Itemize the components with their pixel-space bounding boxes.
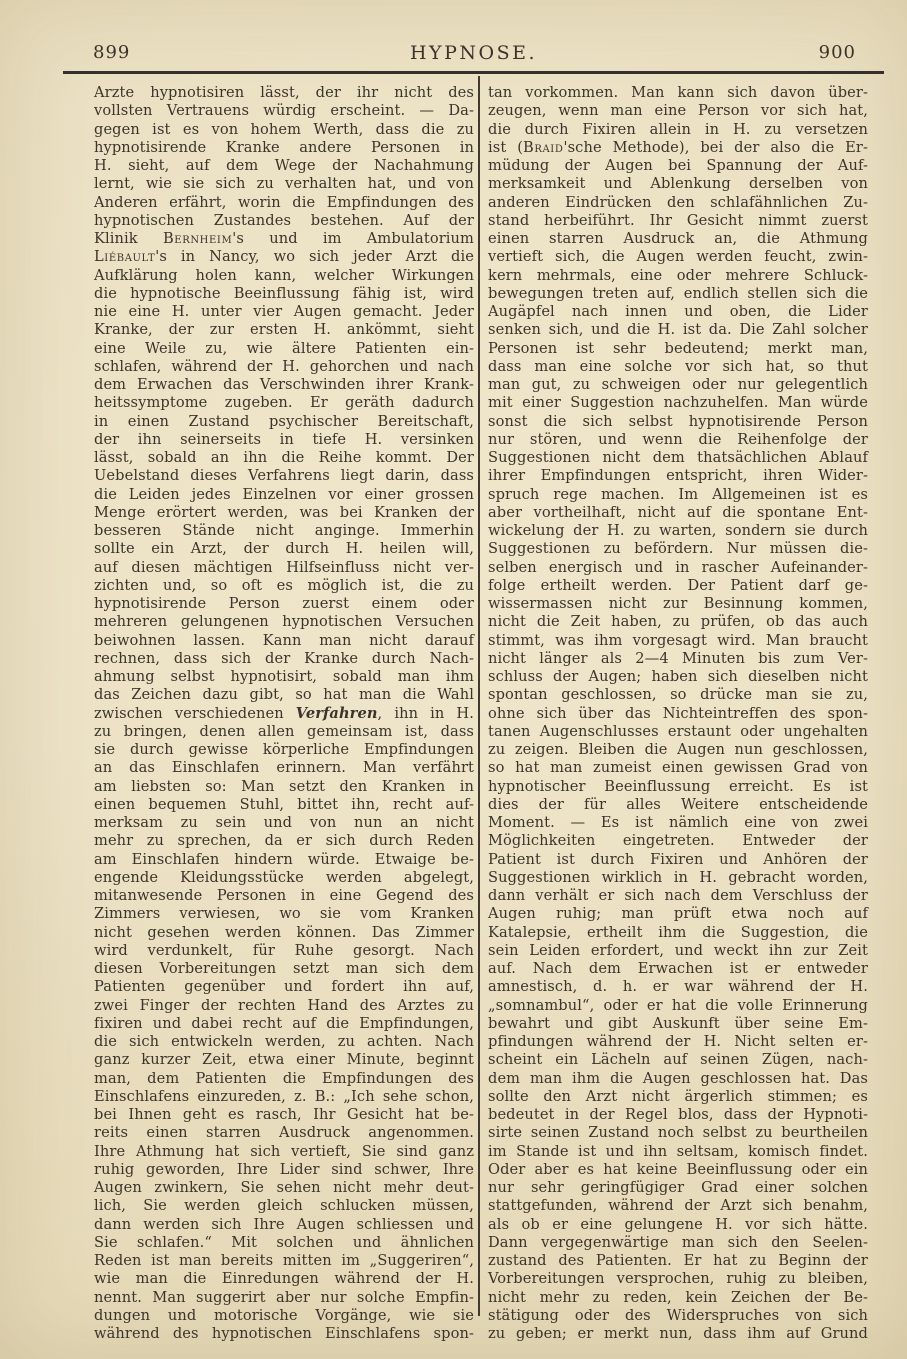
text-line: nicht länger als 2—4 Minuten bis zum Ver… bbox=[488, 650, 868, 668]
page-number-right: 900 bbox=[819, 42, 856, 63]
text-line: vertieft sich, die Augen werden feucht, … bbox=[488, 248, 868, 266]
text-line: am liebsten so: Man setzt den Kranken in bbox=[94, 778, 474, 796]
text-line: aber vortheilhaft, nicht auf die spontan… bbox=[488, 504, 868, 522]
text-line: amnestisch, d. h. er war während der H. bbox=[488, 978, 868, 996]
column-divider bbox=[478, 76, 480, 1316]
text-line: ist (Braid'sche Methode), bei der also d… bbox=[488, 139, 868, 157]
text-line: reits einen starren Ausdruck angenommen. bbox=[94, 1124, 474, 1142]
text-line: sollte den Arzt nicht ärgerlich stimmen;… bbox=[488, 1088, 868, 1106]
text-line: hypnotisirende Person zuerst einem oder bbox=[94, 595, 474, 613]
text-line: anderen Eindrücken den schlafähnlichen Z… bbox=[488, 194, 868, 212]
page-header: 899 HYPNOSE. 900 bbox=[63, 42, 884, 66]
text-line: sonst die sich selbst hypnotisirende Per… bbox=[488, 413, 868, 431]
text-line: ohne sich über das Nichteintreffen des s… bbox=[488, 705, 868, 723]
text-line: an das Einschlafen erinnern. Man verfähr… bbox=[94, 759, 474, 777]
text-line: nennt. Man suggerirt aber nur solche Emp… bbox=[94, 1289, 474, 1307]
text-line: sie durch gewisse körperliche Empfindung… bbox=[94, 741, 474, 759]
text-line: lich, Sie werden gleich schlucken müssen… bbox=[94, 1197, 474, 1215]
text-line: ruhig geworden, Ihre Lider sind schwer, … bbox=[94, 1161, 474, 1179]
text-line: zu zeigen. Bleiben die Augen nun geschlo… bbox=[488, 741, 868, 759]
text-line: engende Kleidungsstücke werden abgelegt, bbox=[94, 869, 474, 887]
text-line: lässt, sobald an ihn die Reihe kommt. De… bbox=[94, 449, 474, 467]
text-line: spruch rege machen. Im Allgemeinen ist e… bbox=[488, 486, 868, 504]
text-line: Vorbereitungen versprochen, ruhig zu ble… bbox=[488, 1270, 868, 1288]
text-line: der ihn seinerseits in tiefe H. versinke… bbox=[94, 431, 474, 449]
text-line: stand herbeiführt. Ihr Gesicht nimmt zue… bbox=[488, 212, 868, 230]
text-line: nicht gesehen werden können. Das Zimmer bbox=[94, 924, 474, 942]
text-line: dem Erwachen das Verschwinden ihrer Kran… bbox=[94, 376, 474, 394]
text-line: die Leiden jedes Einzelnen vor einer gro… bbox=[94, 486, 474, 504]
text-line: nur stören, und wenn die Reihenfolge der bbox=[488, 431, 868, 449]
text-line: dem man ihm die Augen geschlossen hat. D… bbox=[488, 1070, 868, 1088]
text-line: merksamkeit und Ablenkung derselben von bbox=[488, 175, 868, 193]
text-line: die hypnotische Beeinflussung fähig ist,… bbox=[94, 285, 474, 303]
text-line: man gut, zu schweigen oder nur gelegentl… bbox=[488, 376, 868, 394]
text-line: sirte seinen Zustand noch selbst zu beur… bbox=[488, 1124, 868, 1142]
text-line: dann verhält er sich nach dem Verschluss… bbox=[488, 887, 868, 905]
text-line: eine Weile zu, wie ältere Patienten ein- bbox=[94, 340, 474, 358]
text-line: mitanwesende Personen in eine Gegend des bbox=[94, 887, 474, 905]
text-line: das Zeichen dazu gibt, so hat man die Wa… bbox=[94, 686, 474, 704]
text-line: zeugen, wenn man eine Person vor sich ha… bbox=[488, 102, 868, 120]
text-line: lernt, wie sie sich zu verhalten hat, un… bbox=[94, 175, 474, 193]
text-line: Ihre Athmung hat sich vertieft, Sie sind… bbox=[94, 1143, 474, 1161]
text-line: als ob er eine gelungene H. vor sich hät… bbox=[488, 1216, 868, 1234]
text-line: tanen Augenschlusses erstaunt oder ungeh… bbox=[488, 723, 868, 741]
text-line: die sich entwickeln werden, zu achten. N… bbox=[94, 1033, 474, 1051]
text-line: auf diesen mächtigen Hilfseinfluss nicht… bbox=[94, 559, 474, 577]
text-line: fixiren und dabei recht auf die Empfindu… bbox=[94, 1015, 474, 1033]
text-column-right: tan vorkommen. Man kann sich davon über-… bbox=[488, 84, 868, 1343]
text-line: Patienten gegenüber und fordert ihn auf, bbox=[94, 978, 474, 996]
text-line: „somnambul“, oder er hat die volle Erinn… bbox=[488, 997, 868, 1015]
text-line: ihrer Empfindungen entspricht, ihren Wid… bbox=[488, 467, 868, 485]
text-line: Anderen erfährt, worin die Empfindungen … bbox=[94, 194, 474, 212]
text-line: Dann vergegenwärtige man sich den Seelen… bbox=[488, 1234, 868, 1252]
text-line: selben energisch und in rascher Aufeinan… bbox=[488, 559, 868, 577]
text-line: bedeutet in der Regel blos, dass der Hyp… bbox=[488, 1106, 868, 1124]
text-line: sein Leiden erfordert, und weckt ihn zur… bbox=[488, 942, 868, 960]
text-line: pfindungen während der H. Nicht selten e… bbox=[488, 1033, 868, 1051]
text-line: auf. Nach dem Erwachen ist er entweder bbox=[488, 960, 868, 978]
text-line: müdung der Augen bei Spannung der Auf- bbox=[488, 157, 868, 175]
text-line: bewegungen treten auf, endlich stellen s… bbox=[488, 285, 868, 303]
text-line: Katalepsie, ertheilt ihm die Suggestion,… bbox=[488, 924, 868, 942]
text-line: Arzte hypnotisiren lässt, der ihr nicht … bbox=[94, 84, 474, 102]
text-line: Reden ist man bereits mitten im „Suggeri… bbox=[94, 1252, 474, 1270]
text-line: Einschlafens einzureden, z. B.: „Ich seh… bbox=[94, 1088, 474, 1106]
text-line: zustand des Patienten. Er hat zu Beginn … bbox=[488, 1252, 868, 1270]
text-line: schluss der Augen; haben sich dieselben … bbox=[488, 668, 868, 686]
text-line: stätigung oder des Widerspruches von sic… bbox=[488, 1307, 868, 1325]
text-line: spontan geschlossen, so drücke man sie z… bbox=[488, 686, 868, 704]
text-line: Augen ruhig; man prüft etwa noch auf bbox=[488, 905, 868, 923]
page-title: HYPNOSE. bbox=[63, 42, 884, 64]
text-line: wie man die Einredungen während der H. bbox=[94, 1270, 474, 1288]
text-line: bei Ihnen geht es rasch, Ihr Gesicht hat… bbox=[94, 1106, 474, 1124]
text-line: beiwohnen lassen. Kann man nicht darauf bbox=[94, 632, 474, 650]
text-line: Liébault's in Nancy, wo sich jeder Arzt … bbox=[94, 248, 474, 266]
text-line: hypnotisirende Kranke andere Personen in bbox=[94, 139, 474, 157]
text-line: kern mehrmals, eine oder mehrere Schluck… bbox=[488, 267, 868, 285]
text-line: Moment. — Es ist nämlich eine von zwei bbox=[488, 814, 868, 832]
text-line: bewahrt und gibt Auskunft über seine Em- bbox=[488, 1015, 868, 1033]
text-line: nur sehr geringfügiger Grad einer solche… bbox=[488, 1179, 868, 1197]
text-line: wissermassen nicht zur Besinnung kommen, bbox=[488, 595, 868, 613]
text-line: ganz kurzer Zeit, etwa einer Minute, beg… bbox=[94, 1051, 474, 1069]
text-line: in einen Zustand psychischer Bereitschaf… bbox=[94, 413, 474, 431]
text-line: Suggestionen zu befördern. Nur müssen di… bbox=[488, 540, 868, 558]
text-line: zwei Finger der rechten Hand des Arztes … bbox=[94, 997, 474, 1015]
text-line: mehreren gelungenen hypnotischen Versuch… bbox=[94, 613, 474, 631]
text-line: dungen und motorische Vorgänge, wie sie bbox=[94, 1307, 474, 1325]
text-line: rechnen, dass sich der Kranke durch Nach… bbox=[94, 650, 474, 668]
text-line: man, dem Patienten die Empfindungen des bbox=[94, 1070, 474, 1088]
text-line: hypnotischer Beeinflussung erreicht. Es … bbox=[488, 778, 868, 796]
text-line: Personen ist sehr bedeutend; merkt man, bbox=[488, 340, 868, 358]
text-line: zu bringen, denen allen gemeinsam ist, d… bbox=[94, 723, 474, 741]
text-line: senken sich, und die H. ist da. Die Zahl… bbox=[488, 321, 868, 339]
text-line: wickelung der H. zu warten, sondern sie … bbox=[488, 522, 868, 540]
text-line: einen starren Ausdruck an, die Athmung bbox=[488, 230, 868, 248]
header-rule bbox=[63, 71, 884, 74]
text-line: mit einer Suggestion nachzuhelfen. Man w… bbox=[488, 394, 868, 412]
text-line: Kranke, der zur ersten H. ankömmt, sieht bbox=[94, 321, 474, 339]
text-line: Patient ist durch Fixiren und Anhören de… bbox=[488, 851, 868, 869]
text-line: hypnotischen Zustandes bestehen. Auf der bbox=[94, 212, 474, 230]
text-column-left: Arzte hypnotisiren lässt, der ihr nicht … bbox=[94, 84, 474, 1343]
text-line: zichten und, so oft es möglich ist, die … bbox=[94, 577, 474, 595]
text-line: diesen Vorbereitungen setzt man sich dem bbox=[94, 960, 474, 978]
text-line: am Einschlafen hindern würde. Etwaige be… bbox=[94, 851, 474, 869]
text-line: merksam zu sein und von nun an nicht bbox=[94, 814, 474, 832]
text-line: gegen ist es von hohem Werth, dass die z… bbox=[94, 121, 474, 139]
text-line: Sie schlafen.“ Mit solchen und ähnlichen bbox=[94, 1234, 474, 1252]
text-line: stattgefunden, während der Arzt sich ben… bbox=[488, 1197, 868, 1215]
text-line: besseren Stände nicht anginge. Immerhin bbox=[94, 522, 474, 540]
text-line: Möglichkeiten eingetreten. Entweder der bbox=[488, 832, 868, 850]
text-line: sollte ein Arzt, der durch H. heilen wil… bbox=[94, 540, 474, 558]
text-line: scheint ein Lächeln auf seinen Zügen, na… bbox=[488, 1051, 868, 1069]
text-line: dann werden sich Ihre Augen schliessen u… bbox=[94, 1216, 474, 1234]
text-line: Zimmers verwiesen, wo sie vom Kranken bbox=[94, 905, 474, 923]
text-line: nicht die Zeit haben, zu prüfen, ob das … bbox=[488, 613, 868, 631]
text-line: einen bequemen Stuhl, bittet ihn, recht … bbox=[94, 796, 474, 814]
text-line: tan vorkommen. Man kann sich davon über- bbox=[488, 84, 868, 102]
text-line: Oder aber es hat keine Beeinflussung ode… bbox=[488, 1161, 868, 1179]
text-line: zu geben; er merkt nun, dass ihm auf Gru… bbox=[488, 1325, 868, 1343]
text-line: vollsten Vertrauens würdig erscheint. — … bbox=[94, 102, 474, 120]
text-line: Augen zwinkern, Sie sehen nicht mehr deu… bbox=[94, 1179, 474, 1197]
text-line: folge ertheilt werden. Der Patient darf … bbox=[488, 577, 868, 595]
text-line: nie eine H. unter vier Augen gemacht. Je… bbox=[94, 303, 474, 321]
text-line: stimmt, was ihm vorgesagt wird. Man brau… bbox=[488, 632, 868, 650]
text-line: Suggestionen nicht dem thatsächlichen Ab… bbox=[488, 449, 868, 467]
text-line: während des hypnotischen Einschlafens sp… bbox=[94, 1325, 474, 1343]
text-line: Suggestionen wirklich in H. gebracht wor… bbox=[488, 869, 868, 887]
text-line: im Stande ist und ihn seltsam, komisch f… bbox=[488, 1143, 868, 1161]
text-line: wird verdunkelt, für Ruhe gesorgt. Nach bbox=[94, 942, 474, 960]
text-line: so hat man zumeist einen gewissen Grad v… bbox=[488, 759, 868, 777]
text-line: schlafen, während der H. gehorchen und n… bbox=[94, 358, 474, 376]
text-line: Augäpfel nach innen und oben, die Lider bbox=[488, 303, 868, 321]
text-line: heitssymptome zugeben. Er geräth dadurch bbox=[94, 394, 474, 412]
text-line: Uebelstand dieses Verfahrens liegt darin… bbox=[94, 467, 474, 485]
text-line: dass man eine solche vor sich hat, so th… bbox=[488, 358, 868, 376]
text-line: Menge erörtert werden, was bei Kranken d… bbox=[94, 504, 474, 522]
text-line: mehr zu sprechen, da er sich durch Reden bbox=[94, 832, 474, 850]
text-line: nicht mehr zu reden, kein Zeichen der Be… bbox=[488, 1289, 868, 1307]
text-line: H. sieht, auf dem Wege der Nachahmung bbox=[94, 157, 474, 175]
text-line: Aufklärung holen kann, welcher Wirkungen bbox=[94, 267, 474, 285]
text-line: die durch Fixiren allein in H. zu verset… bbox=[488, 121, 868, 139]
text-line: ahmung selbst hypnotisirt, sobald man ih… bbox=[94, 668, 474, 686]
text-line: Klinik Bernheim's und im Ambulatorium bbox=[94, 230, 474, 248]
text-line: dies der für alles Weitere entscheidende bbox=[488, 796, 868, 814]
text-line: zwischen verschiedenen Verfahren, ihn in… bbox=[94, 705, 474, 723]
